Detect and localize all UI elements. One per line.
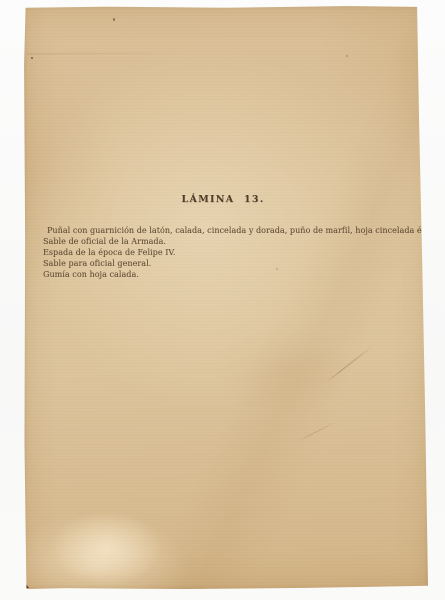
paper-speck: [113, 18, 115, 21]
caption-line: Espada de la época de Felipe IV.: [43, 247, 424, 258]
document-page: LÁMINA 13. Puñal con guarnición de latón…: [24, 6, 428, 589]
scratch-mark: [298, 422, 336, 442]
scan-background: LÁMINA 13. Puñal con guarnición de latón…: [0, 0, 445, 600]
caption-line: Gumía con hoja calada.: [43, 269, 424, 280]
paper-speck: [31, 57, 33, 59]
caption-line: Sable para oficial general.: [43, 258, 424, 269]
paper-stain: [214, 326, 354, 416]
paper-speck: [346, 55, 348, 57]
paper-stain: [52, 511, 162, 586]
plate-heading: LÁMINA 13.: [24, 194, 422, 205]
caption-line: Sable de oficial de la Armada.: [43, 236, 424, 247]
scratch-mark: [326, 346, 372, 382]
caption-list: Puñal con guarnición de latón, calada, c…: [43, 225, 424, 280]
paper-crease: [27, 53, 179, 55]
caption-line: Puñal con guarnición de latón, calada, c…: [43, 225, 424, 236]
paper-corner-chip: [24, 583, 29, 588]
